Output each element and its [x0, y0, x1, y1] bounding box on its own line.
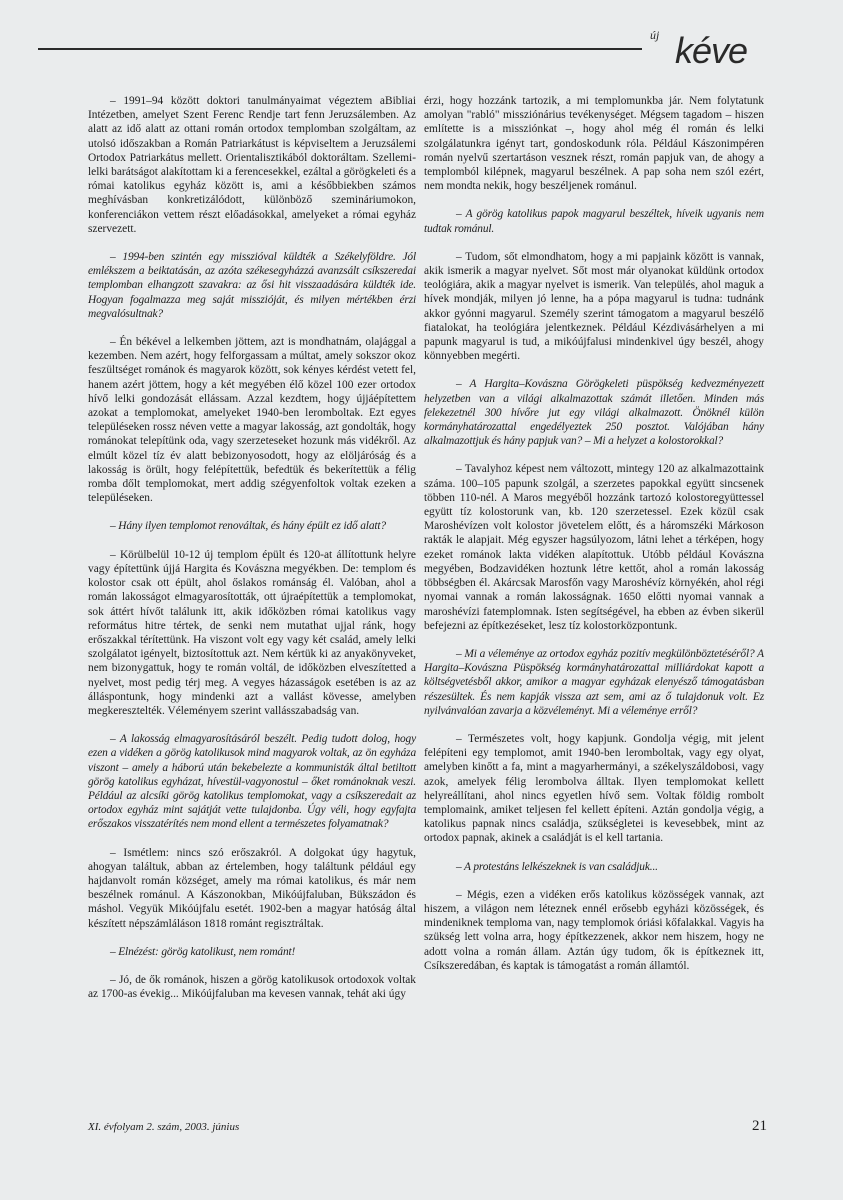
answer-paragraph: – 1991–94 között doktori tanulmányaimat …: [88, 94, 416, 236]
question-paragraph: – 1994-ben szintén egy misszióval küldté…: [88, 250, 416, 321]
magazine-page: új kéve – 1991–94 között doktori tanulmá…: [0, 0, 843, 1200]
answer-paragraph: – Ismétlem: nincs szó erőszakról. A dolg…: [88, 846, 416, 931]
right-column: érzi, hogy hozzánk tartozik, a mi templo…: [424, 94, 764, 987]
left-column: – 1991–94 között doktori tanulmányaimat …: [88, 94, 416, 1015]
continuation-paragraph: érzi, hogy hozzánk tartozik, a mi templo…: [424, 94, 764, 193]
issue-info: XI. évfolyam 2. szám, 2003. június: [88, 1121, 239, 1133]
answer-paragraph: – Tudom, sőt elmondhatom, hogy a mi papj…: [424, 250, 764, 364]
logo-text: kéve: [675, 30, 747, 72]
page-number: 21: [752, 1118, 767, 1135]
answer-paragraph: – Körülbelül 10-12 új templom épült és 1…: [88, 548, 416, 718]
answer-paragraph: – Mégis, ezen a vidéken erős katolikus k…: [424, 888, 764, 973]
header-rule: [38, 48, 642, 50]
answer-paragraph: – Természetes volt, hogy kapjunk. Gondol…: [424, 732, 764, 846]
logo-superscript: új: [650, 28, 659, 43]
question-paragraph: – Elnézést: görög katolikust, nem románt…: [88, 945, 416, 959]
question-paragraph: – Mi a véleménye az ortodox egyház pozit…: [424, 647, 764, 718]
question-paragraph: – A Hargita–Kovászna Görögkeleti püspöks…: [424, 377, 764, 448]
question-paragraph: – Hány ilyen templomot renováltak, és há…: [88, 519, 416, 533]
question-paragraph: – A protestáns lelkészeknek is van csalá…: [424, 860, 764, 874]
question-paragraph: – A lakosság elmagyarosításáról beszélt.…: [88, 732, 416, 831]
answer-paragraph: – Én békével a lelkemben jöttem, azt is …: [88, 335, 416, 505]
question-paragraph: – A görög katolikus papok magyarul beszé…: [424, 207, 764, 235]
answer-paragraph: – Tavalyhoz képest nem változott, minteg…: [424, 462, 764, 632]
answer-paragraph: – Jó, de ők románok, hiszen a görög kato…: [88, 973, 416, 1001]
